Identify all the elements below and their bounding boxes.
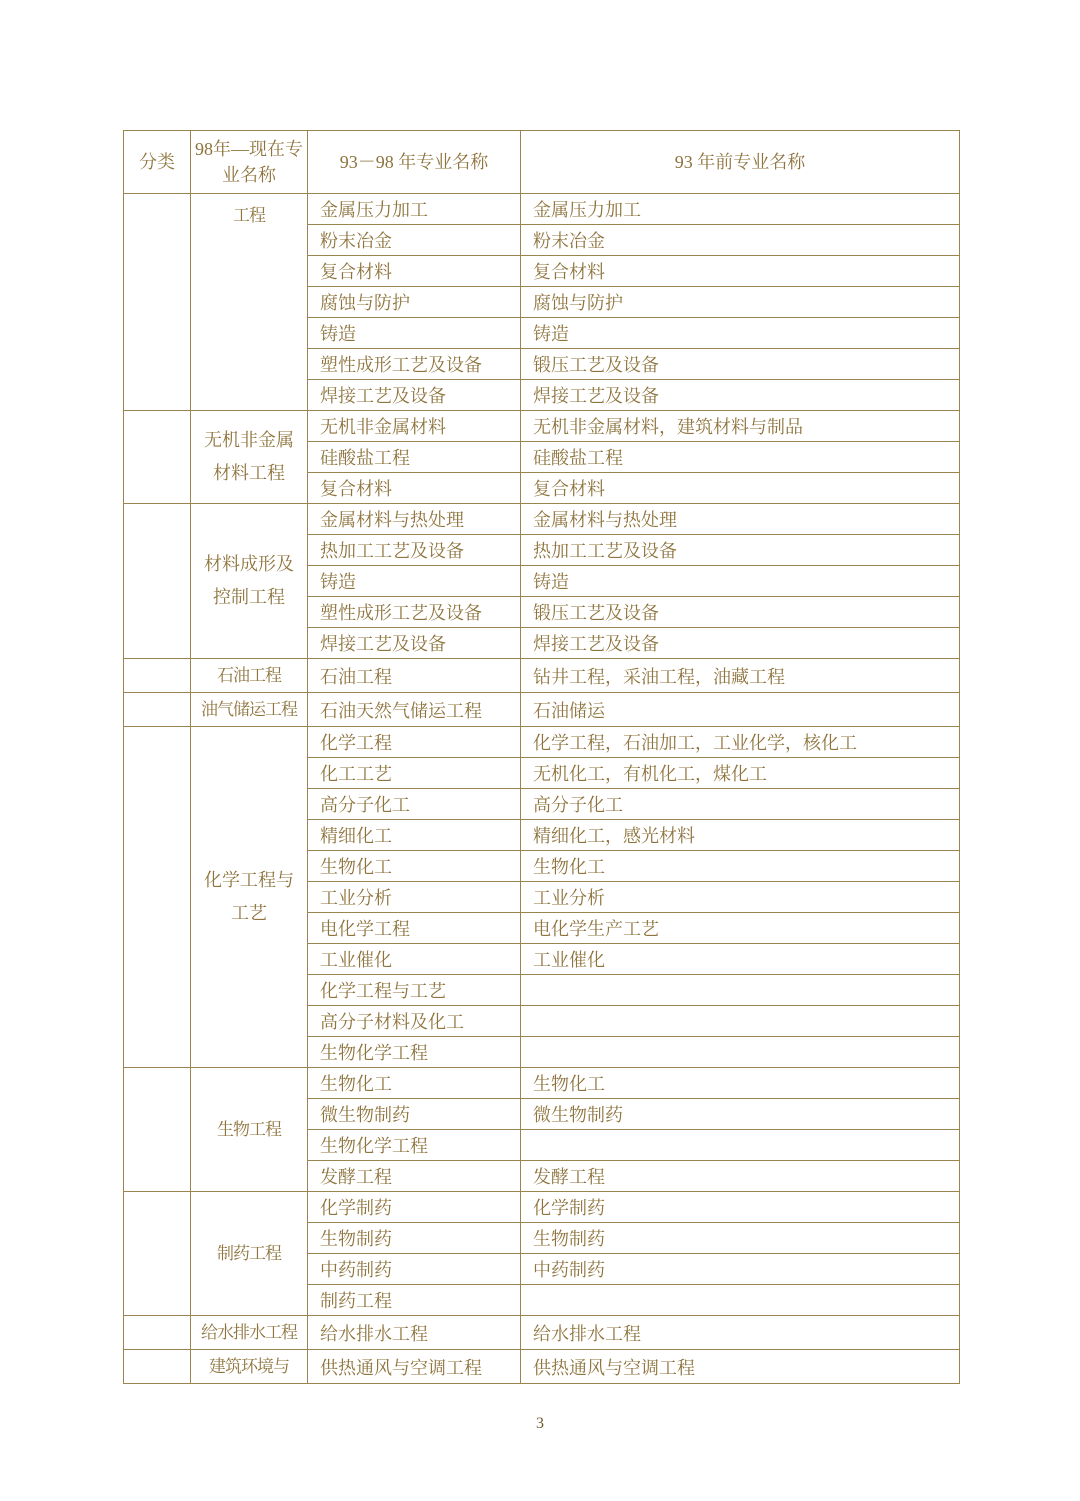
category-blank-cell	[124, 693, 191, 727]
name-pre93-cell: 铸造	[521, 318, 960, 349]
category-blank-cell	[124, 659, 191, 693]
name-93-98-cell: 生物制药	[308, 1223, 521, 1254]
category-cell: 无机非金属材料工程	[191, 411, 308, 504]
name-pre93-cell: 化学制药	[521, 1192, 960, 1223]
name-pre93-cell: 复合材料	[521, 256, 960, 287]
name-93-98-cell: 塑性成形工艺及设备	[308, 597, 521, 628]
category-cell: 石油工程	[191, 659, 308, 693]
name-pre93-cell: 精细化工，感光材料	[521, 820, 960, 851]
name-pre93-cell: 给水排水工程	[521, 1316, 960, 1350]
name-pre93-cell: 焊接工艺及设备	[521, 380, 960, 411]
name-pre93-cell: 生物化工	[521, 1068, 960, 1099]
column-header-98-now: 98年—现在专业名称	[191, 131, 308, 194]
name-93-98-cell: 工业催化	[308, 944, 521, 975]
name-93-98-cell: 石油天然气储运工程	[308, 693, 521, 727]
name-pre93-cell: 金属材料与热处理	[521, 504, 960, 535]
name-pre93-cell: 化学工程，石油加工，工业化学，核化工	[521, 727, 960, 758]
name-93-98-cell: 化学工程与工艺	[308, 975, 521, 1006]
name-93-98-cell: 生物化工	[308, 1068, 521, 1099]
name-93-98-cell: 生物化学工程	[308, 1130, 521, 1161]
name-pre93-cell: 钻井工程，采油工程，油藏工程	[521, 659, 960, 693]
category-blank-cell	[124, 1316, 191, 1350]
name-93-98-cell: 精细化工	[308, 820, 521, 851]
name-pre93-cell: 微生物制药	[521, 1099, 960, 1130]
table-row: 给水排水工程给水排水工程给水排水工程	[124, 1316, 960, 1350]
name-pre93-cell: 电化学生产工艺	[521, 913, 960, 944]
header-row: 分类 98年—现在专业名称 93－98 年专业名称 93 年前专业名称	[124, 131, 960, 194]
name-pre93-cell: 硅酸盐工程	[521, 442, 960, 473]
category-blank-cell	[124, 194, 191, 411]
name-93-98-cell: 腐蚀与防护	[308, 287, 521, 318]
name-pre93-cell: 发酵工程	[521, 1161, 960, 1192]
name-pre93-cell: 供热通风与空调工程	[521, 1350, 960, 1384]
column-header-93-98: 93－98 年专业名称	[308, 131, 521, 194]
name-93-98-cell: 高分子化工	[308, 789, 521, 820]
name-93-98-cell: 化学制药	[308, 1192, 521, 1223]
name-93-98-cell: 无机非金属材料	[308, 411, 521, 442]
name-pre93-cell: 铸造	[521, 566, 960, 597]
name-pre93-cell: 无机化工，有机化工，煤化工	[521, 758, 960, 789]
column-header-category: 分类	[124, 131, 191, 194]
name-93-98-cell: 中药制药	[308, 1254, 521, 1285]
name-93-98-cell: 焊接工艺及设备	[308, 628, 521, 659]
table-row: 制药工程化学制药化学制药	[124, 1192, 960, 1223]
name-pre93-cell: 工业催化	[521, 944, 960, 975]
column-header-pre-93: 93 年前专业名称	[521, 131, 960, 194]
name-93-98-cell: 焊接工艺及设备	[308, 380, 521, 411]
name-93-98-cell: 供热通风与空调工程	[308, 1350, 521, 1384]
name-pre93-cell: 工业分析	[521, 882, 960, 913]
name-93-98-cell: 石油工程	[308, 659, 521, 693]
name-pre93-cell: 高分子化工	[521, 789, 960, 820]
name-93-98-cell: 发酵工程	[308, 1161, 521, 1192]
name-pre93-cell	[521, 1130, 960, 1161]
name-93-98-cell: 塑性成形工艺及设备	[308, 349, 521, 380]
category-cell: 生物工程	[191, 1068, 308, 1192]
table-row: 油气储运工程石油天然气储运工程石油储运	[124, 693, 960, 727]
name-93-98-cell: 生物化工	[308, 851, 521, 882]
name-pre93-cell: 热加工工艺及设备	[521, 535, 960, 566]
category-blank-cell	[124, 504, 191, 659]
name-pre93-cell: 生物化工	[521, 851, 960, 882]
name-93-98-cell: 化学工程	[308, 727, 521, 758]
table-row: 石油工程石油工程钻井工程，采油工程，油藏工程	[124, 659, 960, 693]
name-pre93-cell	[521, 1006, 960, 1037]
category-cell: 材料成形及控制工程	[191, 504, 308, 659]
name-pre93-cell	[521, 1037, 960, 1068]
name-93-98-cell: 高分子材料及化工	[308, 1006, 521, 1037]
name-93-98-cell: 生物化学工程	[308, 1037, 521, 1068]
category-cell: 制药工程	[191, 1192, 308, 1316]
name-93-98-cell: 热加工工艺及设备	[308, 535, 521, 566]
category-blank-cell	[124, 1350, 191, 1384]
table-body: 工程金属压力加工金属压力加工粉末冶金粉末冶金复合材料复合材料腐蚀与防护腐蚀与防护…	[124, 194, 960, 1384]
table-header: 分类 98年—现在专业名称 93－98 年专业名称 93 年前专业名称	[124, 131, 960, 194]
table-row: 生物工程生物化工生物化工	[124, 1068, 960, 1099]
category-blank-cell	[124, 727, 191, 1068]
name-pre93-cell: 中药制药	[521, 1254, 960, 1285]
document-page: 分类 98年—现在专业名称 93－98 年专业名称 93 年前专业名称 工程金属…	[0, 0, 1080, 1501]
name-pre93-cell: 复合材料	[521, 473, 960, 504]
table-row: 材料成形及控制工程金属材料与热处理金属材料与热处理	[124, 504, 960, 535]
category-cell: 化学工程与工艺	[191, 727, 308, 1068]
name-93-98-cell: 微生物制药	[308, 1099, 521, 1130]
majors-mapping-table: 分类 98年—现在专业名称 93－98 年专业名称 93 年前专业名称 工程金属…	[123, 130, 960, 1384]
name-93-98-cell: 电化学工程	[308, 913, 521, 944]
page-number: 3	[0, 1415, 1080, 1433]
name-pre93-cell: 锻压工艺及设备	[521, 349, 960, 380]
name-93-98-cell: 工业分析	[308, 882, 521, 913]
name-93-98-cell: 粉末冶金	[308, 225, 521, 256]
name-93-98-cell: 硅酸盐工程	[308, 442, 521, 473]
table-row: 无机非金属材料工程无机非金属材料无机非金属材料，建筑材料与制品	[124, 411, 960, 442]
name-pre93-cell	[521, 975, 960, 1006]
category-cell: 给水排水工程	[191, 1316, 308, 1350]
category-blank-cell	[124, 1068, 191, 1192]
name-pre93-cell: 无机非金属材料，建筑材料与制品	[521, 411, 960, 442]
name-pre93-cell: 金属压力加工	[521, 194, 960, 225]
name-pre93-cell: 焊接工艺及设备	[521, 628, 960, 659]
category-cell: 建筑环境与	[191, 1350, 308, 1384]
name-pre93-cell: 锻压工艺及设备	[521, 597, 960, 628]
category-cell: 工程	[191, 194, 308, 411]
name-pre93-cell	[521, 1285, 960, 1316]
name-93-98-cell: 铸造	[308, 566, 521, 597]
table-row: 化学工程与工艺化学工程化学工程，石油加工，工业化学，核化工	[124, 727, 960, 758]
category-cell: 油气储运工程	[191, 693, 308, 727]
table-row: 建筑环境与供热通风与空调工程供热通风与空调工程	[124, 1350, 960, 1384]
name-93-98-cell: 复合材料	[308, 256, 521, 287]
category-blank-cell	[124, 411, 191, 504]
name-pre93-cell: 生物制药	[521, 1223, 960, 1254]
name-93-98-cell: 金属压力加工	[308, 194, 521, 225]
name-pre93-cell: 粉末冶金	[521, 225, 960, 256]
name-93-98-cell: 给水排水工程	[308, 1316, 521, 1350]
name-93-98-cell: 金属材料与热处理	[308, 504, 521, 535]
name-93-98-cell: 铸造	[308, 318, 521, 349]
name-pre93-cell: 腐蚀与防护	[521, 287, 960, 318]
name-93-98-cell: 复合材料	[308, 473, 521, 504]
name-93-98-cell: 制药工程	[308, 1285, 521, 1316]
table-row: 工程金属压力加工金属压力加工	[124, 194, 960, 225]
category-blank-cell	[124, 1192, 191, 1316]
name-pre93-cell: 石油储运	[521, 693, 960, 727]
name-93-98-cell: 化工工艺	[308, 758, 521, 789]
